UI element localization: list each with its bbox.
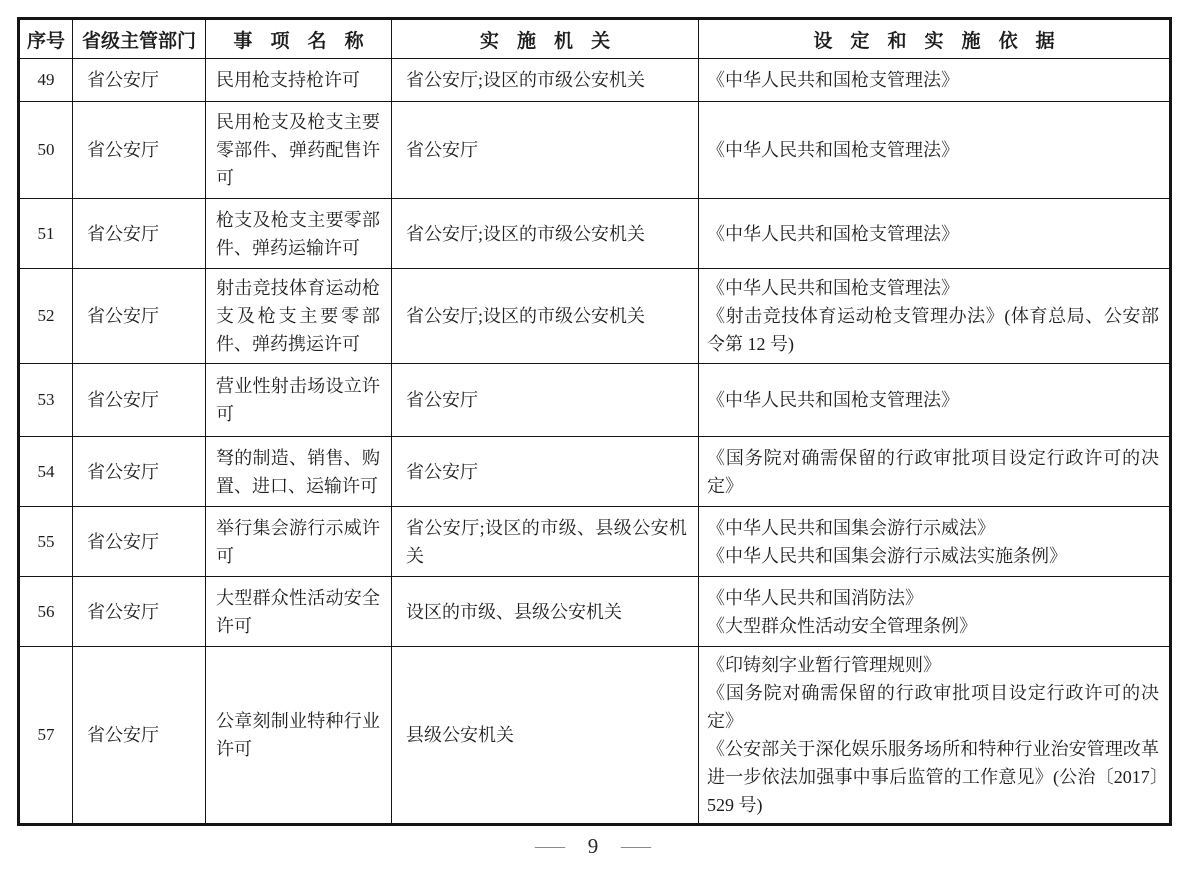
basis-cell: 《中华人民共和国集会游行示威法》 《中华人民共和国集会游行示威法实施条例》	[699, 507, 1171, 577]
item-cell: 射击竞技体育运动枪支及枪支主要零部件、弹药携运许可	[206, 269, 392, 364]
dept-cell: 省公安厅	[73, 199, 206, 269]
basis-line: 《印铸刻字业暂行管理规则》	[707, 651, 1159, 679]
row-number: 50	[19, 102, 73, 199]
basis-line: 《国务院对确需保留的行政审批项目设定行政许可的决定》	[707, 444, 1159, 500]
basis-line: 《中华人民共和国集会游行示威法实施条例》	[707, 542, 1159, 570]
table-row: 49 省公安厅 民用枪支持枪许可 省公安厅;设区的市级公安机关 《中华人民共和国…	[19, 59, 1171, 102]
basis-cell: 《中华人民共和国枪支管理法》	[699, 199, 1171, 269]
row-number: 54	[19, 437, 73, 507]
dept-cell: 省公安厅	[73, 647, 206, 825]
basis-line: 《中华人民共和国集会游行示威法》	[707, 514, 1159, 542]
item-cell: 大型群众性活动安全许可	[206, 577, 392, 647]
dept-cell: 省公安厅	[73, 437, 206, 507]
basis-cell: 《中华人民共和国枪支管理法》	[699, 59, 1171, 102]
basis-line: 《中华人民共和国枪支管理法》	[707, 66, 1159, 94]
table-row: 56 省公安厅 大型群众性活动安全许可 设区的市级、县级公安机关 《中华人民共和…	[19, 577, 1171, 647]
row-number: 53	[19, 364, 73, 437]
table-row: 55 省公安厅 举行集会游行示威许可 省公安厅;设区的市级、县级公安机关 《中华…	[19, 507, 1171, 577]
dept-cell: 省公安厅	[73, 364, 206, 437]
dept-cell: 省公安厅	[73, 577, 206, 647]
column-header-seq: 序号	[19, 19, 73, 59]
basis-line: 《大型群众性活动安全管理条例》	[707, 612, 1159, 640]
agency-cell: 县级公安机关	[392, 647, 699, 825]
table-row: 57 省公安厅 公章刻制业特种行业许可 县级公安机关 《印铸刻字业暂行管理规则》…	[19, 647, 1171, 825]
table-row: 52 省公安厅 射击竞技体育运动枪支及枪支主要零部件、弹药携运许可 省公安厅;设…	[19, 269, 1171, 364]
column-header-item: 事项名称	[206, 19, 392, 59]
item-cell: 民用枪支持枪许可	[206, 59, 392, 102]
document-page: 序号 省级主管部门 事项名称 实施机关 设定和实施依据 49 省公安厅 民用枪支…	[0, 0, 1186, 883]
table-row: 50 省公安厅 民用枪支及枪支主要零部件、弹药配售许可 省公安厅 《中华人民共和…	[19, 102, 1171, 199]
item-cell: 营业性射击场设立许可	[206, 364, 392, 437]
basis-line: 《中华人民共和国枪支管理法》	[707, 220, 1159, 248]
row-number: 55	[19, 507, 73, 577]
basis-line: 《中华人民共和国枪支管理法》	[707, 274, 1159, 302]
page-number: 9	[588, 834, 599, 859]
basis-cell: 《中华人民共和国消防法》 《大型群众性活动安全管理条例》	[699, 577, 1171, 647]
row-number: 51	[19, 199, 73, 269]
basis-cell: 《国务院对确需保留的行政审批项目设定行政许可的决定》	[699, 437, 1171, 507]
basis-cell: 《中华人民共和国枪支管理法》	[699, 102, 1171, 199]
agency-cell: 省公安厅	[392, 364, 699, 437]
agency-cell: 省公安厅;设区的市级公安机关	[392, 199, 699, 269]
item-cell: 公章刻制业特种行业许可	[206, 647, 392, 825]
basis-line: 《中华人民共和国消防法》	[707, 584, 1159, 612]
row-number: 56	[19, 577, 73, 647]
agency-cell: 省公安厅	[392, 102, 699, 199]
column-header-basis: 设定和实施依据	[699, 19, 1171, 59]
agency-cell: 省公安厅	[392, 437, 699, 507]
item-cell: 举行集会游行示威许可	[206, 507, 392, 577]
dept-cell: 省公安厅	[73, 269, 206, 364]
table-row: 51 省公安厅 枪支及枪支主要零部件、弹药运输许可 省公安厅;设区的市级公安机关…	[19, 199, 1171, 269]
dept-cell: 省公安厅	[73, 507, 206, 577]
basis-line: 《射击竞技体育运动枪支管理办法》(体育总局、公安部令第 12 号)	[707, 302, 1159, 358]
table-row: 53 省公安厅 营业性射击场设立许可 省公安厅 《中华人民共和国枪支管理法》	[19, 364, 1171, 437]
item-cell: 枪支及枪支主要零部件、弹药运输许可	[206, 199, 392, 269]
basis-line: 《中华人民共和国枪支管理法》	[707, 136, 1159, 164]
header-row: 序号 省级主管部门 事项名称 实施机关 设定和实施依据	[19, 19, 1171, 59]
footer-right-dash: —	[621, 835, 651, 858]
item-cell: 民用枪支及枪支主要零部件、弹药配售许可	[206, 102, 392, 199]
agency-cell: 省公安厅;设区的市级公安机关	[392, 269, 699, 364]
basis-line: 《国务院对确需保留的行政审批项目设定行政许可的决定》	[707, 679, 1159, 735]
basis-cell: 《中华人民共和国枪支管理法》	[699, 364, 1171, 437]
dept-cell: 省公安厅	[73, 102, 206, 199]
basis-cell: 《印铸刻字业暂行管理规则》 《国务院对确需保留的行政审批项目设定行政许可的决定》…	[699, 647, 1171, 825]
permits-table: 序号 省级主管部门 事项名称 实施机关 设定和实施依据 49 省公安厅 民用枪支…	[17, 17, 1172, 826]
basis-line: 《中华人民共和国枪支管理法》	[707, 386, 1159, 414]
item-cell: 弩的制造、销售、购置、进口、运输许可	[206, 437, 392, 507]
table-row: 54 省公安厅 弩的制造、销售、购置、进口、运输许可 省公安厅 《国务院对确需保…	[19, 437, 1171, 507]
row-number: 57	[19, 647, 73, 825]
footer-left-dash: —	[535, 835, 565, 858]
agency-cell: 设区的市级、县级公安机关	[392, 577, 699, 647]
column-header-dept: 省级主管部门	[73, 19, 206, 59]
row-number: 52	[19, 269, 73, 364]
basis-cell: 《中华人民共和国枪支管理法》 《射击竞技体育运动枪支管理办法》(体育总局、公安部…	[699, 269, 1171, 364]
column-header-agency: 实施机关	[392, 19, 699, 59]
basis-line: 《公安部关于深化娱乐服务场所和特种行业治安管理改革进一步依法加强事中事后监管的工…	[707, 735, 1159, 819]
agency-cell: 省公安厅;设区的市级、县级公安机关	[392, 507, 699, 577]
page-footer: — 9 —	[0, 834, 1186, 859]
dept-cell: 省公安厅	[73, 59, 206, 102]
row-number: 49	[19, 59, 73, 102]
agency-cell: 省公安厅;设区的市级公安机关	[392, 59, 699, 102]
